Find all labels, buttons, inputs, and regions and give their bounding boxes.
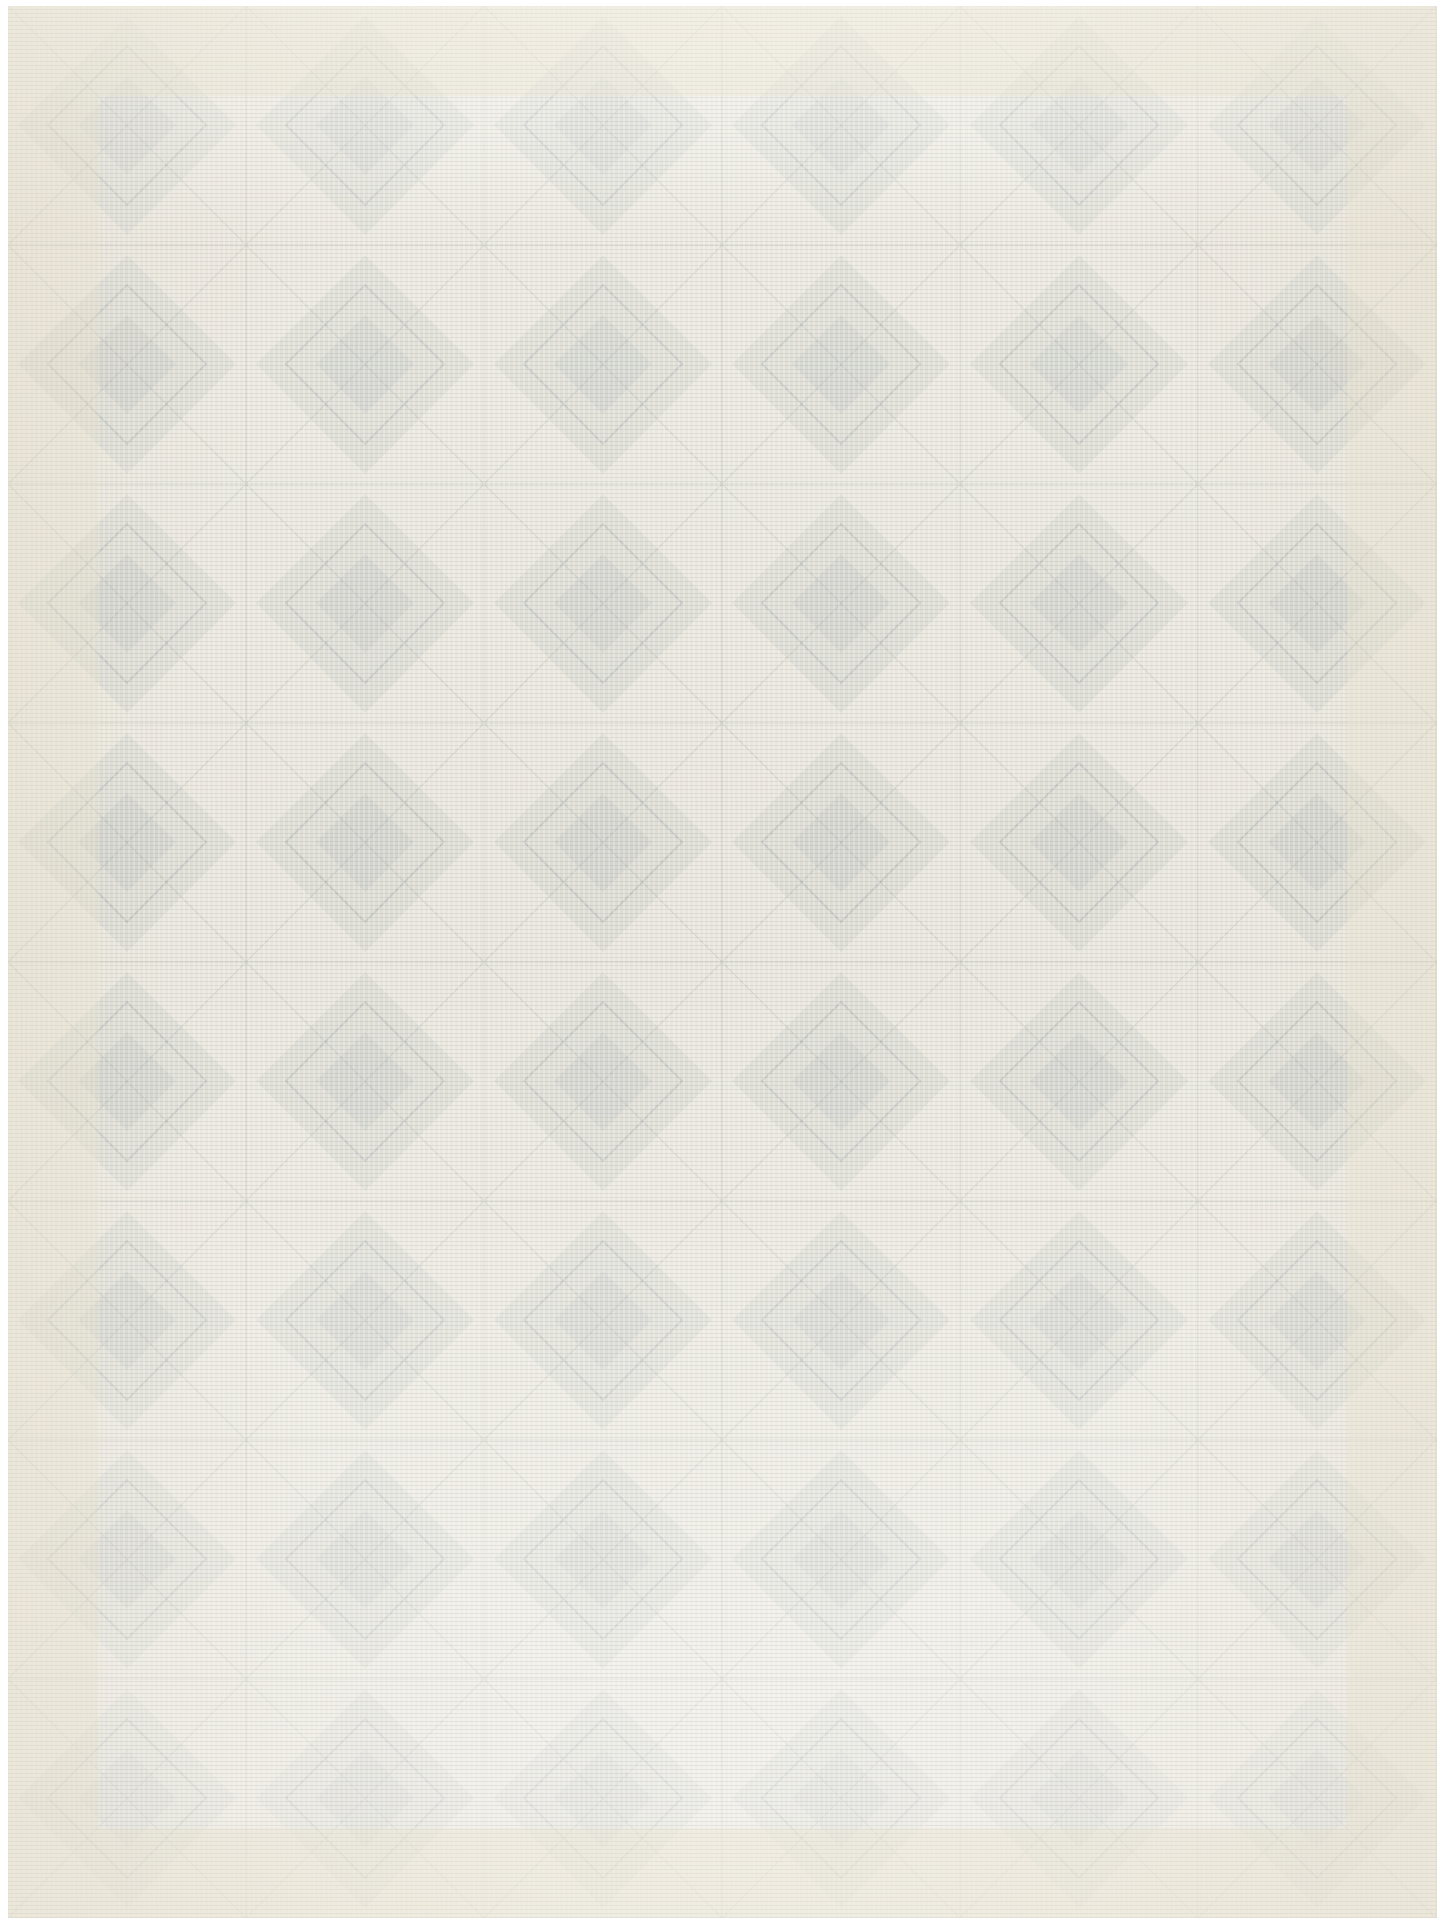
shading — [8, 6, 1437, 1918]
rug — [8, 6, 1437, 1918]
product-photo — [0, 0, 1445, 1924]
